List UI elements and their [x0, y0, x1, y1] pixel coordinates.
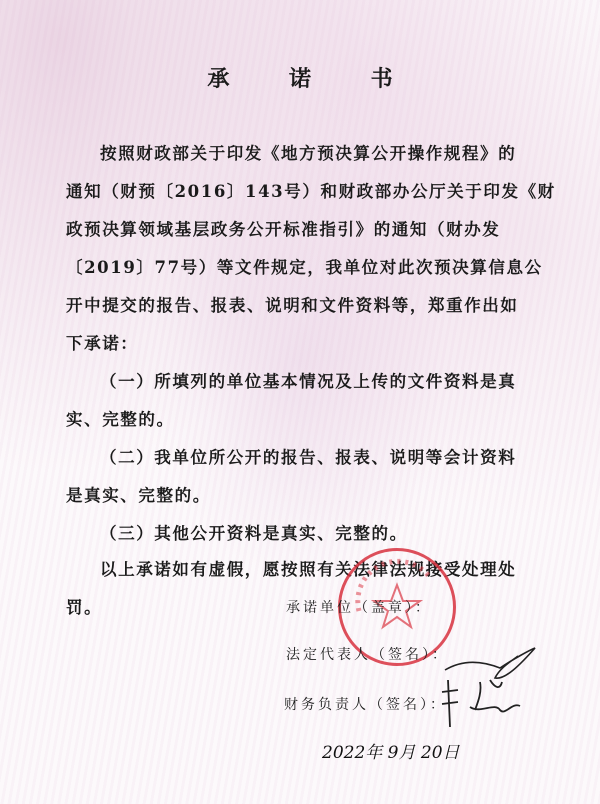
commitment-item-1-line-2: 实、完整的。	[66, 406, 175, 430]
commitment-item-3: （三）其他公开资料是真实、完整的。	[100, 520, 408, 544]
closing-line-2: 罚。	[66, 594, 102, 618]
document-title: 承 诺 书	[0, 62, 600, 93]
unit-seal-label: 承诺单位（盖章）：	[286, 597, 432, 617]
paragraph-line-2: 通知（财预〔2016〕143号）和财政部办公厅关于印发《财	[66, 178, 556, 202]
scanned-document-page: 承 诺 书 按照财政部关于印发《地方预决算公开操作规程》的 通知（财预〔2016…	[0, 0, 600, 804]
paragraph-line-1: 按照财政部关于印发《地方预决算公开操作规程》的	[100, 140, 516, 164]
signing-date: 2022年 9月 20日	[322, 738, 460, 763]
paragraph-line-6: 下承诺：	[66, 330, 138, 354]
commitment-item-1-line-1: （一）所填列的单位基本情况及上传的文件资料是真	[100, 368, 516, 392]
finance-head-label: 财务负责人（签名）：	[284, 694, 447, 714]
commitment-item-2-line-2: 是真实、完整的。	[66, 482, 211, 506]
finance-head-signature	[440, 672, 530, 742]
paragraph-line-5: 开中提交的报告、报表、说明和文件资料等，郑重作出如	[66, 292, 519, 316]
paragraph-line-3: 政预决算领域基层政务公开标准指引》的通知（财办发	[66, 216, 500, 240]
closing-line-1: 以上承诺如有虚假，愿按照有关法律法规接受处理处	[100, 556, 516, 580]
commitment-item-2-line-1: （二）我单位所公开的报告、报表、说明等会计资料	[100, 444, 516, 468]
legal-representative-label: 法定代表人（签名）：	[286, 644, 449, 664]
paragraph-line-4: 〔2019〕77号）等文件规定，我单位对此次预决算信息公	[66, 254, 543, 278]
